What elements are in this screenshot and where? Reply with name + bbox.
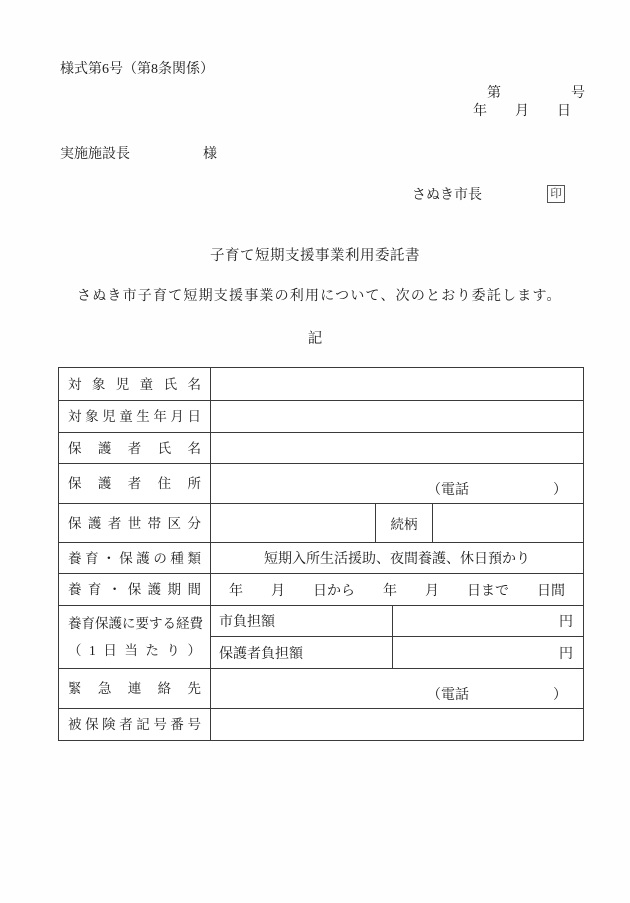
recipient-line: 実施施設長 様 — [60, 146, 130, 164]
care-type-value: 短期入所生活援助、夜間養護、休日預かり — [211, 543, 583, 573]
recipient-honorific: 様 — [203, 146, 217, 164]
table-row-emergency-contact: 緊急連絡先 （電話 ） — [59, 669, 583, 709]
table-row-child-name: 対象児童氏名 — [59, 368, 583, 401]
table-row-care-cost: 養育保護に要する経費（1日当たり） 市負担額 円 保護者負担額 円 — [59, 606, 583, 669]
table-row-guardian-name: 保護者氏名 — [59, 433, 583, 464]
guardian-name-field — [211, 433, 583, 463]
insured-number-field — [211, 709, 583, 740]
table-row-child-birth: 対象児童生年月日 — [59, 401, 583, 433]
table-row-insured-number: 被保険者記号番号 — [59, 709, 583, 740]
recipient-name: 実施施設長 — [60, 147, 130, 162]
table-row-care-period: 養育・保護期間 年 月 日から 年 月 日まで 日間 — [59, 574, 583, 606]
row-label: 緊急連絡先 — [59, 669, 211, 708]
row-label: 養育・保護期間 — [59, 574, 211, 605]
city-share-amount-field: 円 — [393, 606, 583, 636]
row-label: 対象児童氏名 — [59, 368, 211, 400]
city-share-label: 市負担額 — [211, 606, 393, 636]
child-name-field — [211, 368, 583, 400]
table-row-guardian-household: 保護者世帯区分 続柄 — [59, 504, 583, 543]
care-period-value: 年 月 日から 年 月 日まで 日間 — [211, 574, 583, 605]
table-row-guardian-address: 保護者住所 （電話 ） — [59, 464, 583, 504]
row-label: 被保険者記号番号 — [59, 709, 211, 740]
row-label: 保護者世帯区分 — [59, 504, 211, 542]
care-cost-cells: 市負担額 円 保護者負担額 円 — [211, 606, 583, 668]
date-line: 年 月 日 — [473, 103, 571, 121]
city-share-row: 市負担額 円 — [211, 606, 583, 637]
document-page: 様式第6号（第8条関係） 第 号 年 月 日 実施施設長 様 さぬき市長 印 子… — [0, 0, 630, 903]
relation-label: 続柄 — [376, 504, 433, 542]
ki-heading: 記 — [0, 330, 630, 348]
guardian-share-label: 保護者負担額 — [211, 637, 393, 668]
body-text: さぬき市子育て短期支援事業の利用について、次のとおり委託します。 — [77, 288, 562, 306]
row-label: 保護者住所 — [59, 464, 211, 503]
row-label: 対象児童生年月日 — [59, 401, 211, 432]
seal-stamp-box: 印 — [547, 185, 565, 203]
guardian-share-row: 保護者負担額 円 — [211, 637, 583, 668]
emergency-contact-field: （電話 ） — [211, 669, 583, 708]
table-row-care-type: 養育・保護の種類 短期入所生活援助、夜間養護、休日預かり — [59, 543, 583, 574]
child-birth-field — [211, 401, 583, 432]
row-label: 養育・保護の種類 — [59, 543, 211, 573]
form-number-note: 様式第6号（第8条関係） — [60, 61, 214, 79]
consignment-table: 対象児童氏名 対象児童生年月日 保護者氏名 保護者住所 （電話 ） 保護者世帯区… — [58, 367, 584, 741]
guardian-share-amount-field: 円 — [393, 637, 583, 668]
household-type-field — [211, 504, 376, 542]
document-title: 子育て短期支援事業利用委託書 — [0, 247, 630, 265]
issuer-name: さぬき市長 — [412, 187, 482, 205]
relation-field — [433, 504, 583, 542]
row-label: 保護者氏名 — [59, 433, 211, 463]
document-number-line: 第 号 — [487, 85, 585, 103]
row-label: 養育保護に要する経費（1日当たり） — [59, 606, 211, 668]
guardian-address-field: （電話 ） — [211, 464, 583, 503]
